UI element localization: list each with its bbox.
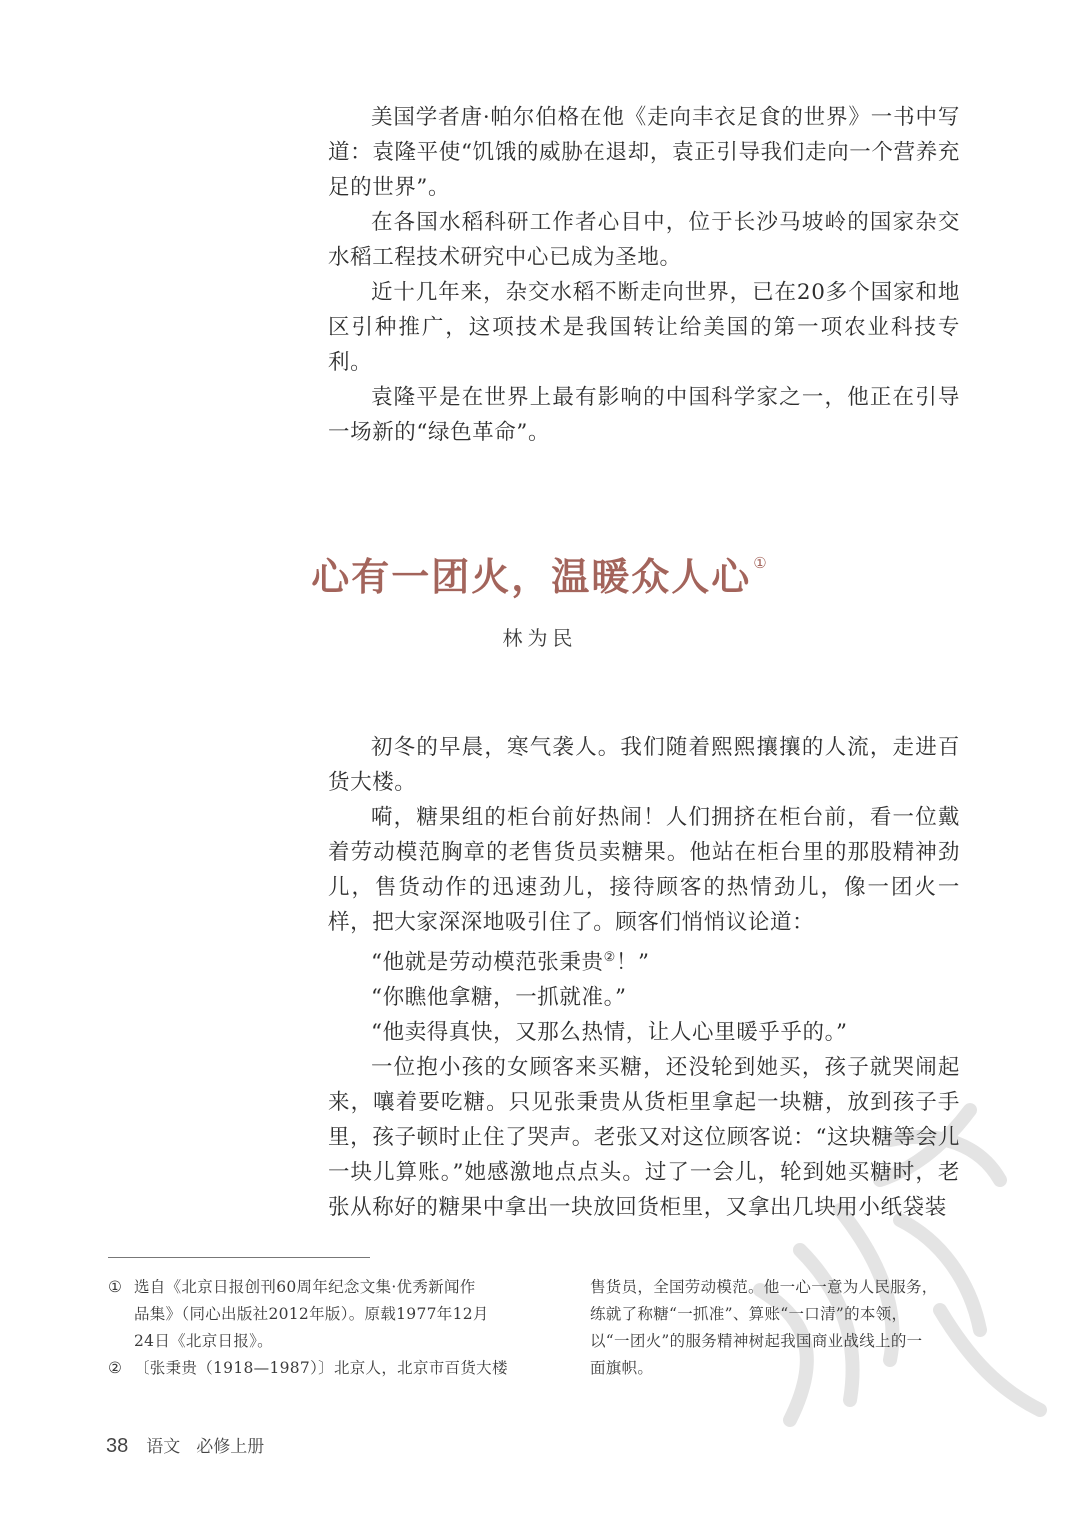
footnotes-left: ①选自《北京日报创刊60周年纪念文集·优秀新闻作 品集》（同心出版社2012年版…	[108, 1274, 528, 1382]
quote-line: “你瞧他拿糖，一抓就准。”	[328, 980, 960, 1015]
paragraph: 袁隆平是在世界上最有影响的中国科学家之一，他正在引导一场新的“绿色革命”。	[328, 380, 960, 450]
paragraph: 初冬的早晨，寒气袭人。我们随着熙熙攘攘的人流，走进百货大楼。	[328, 730, 960, 800]
page-footer: 38语文必修上册	[106, 1432, 264, 1458]
footnote-mark: ①	[753, 554, 768, 572]
paragraph: 近十几年来，杂交水稻不断走向世界，已在20多个国家和地区引种推广，这项技术是我国…	[328, 275, 960, 380]
article-title-text: 心有一团火，温暖众人心	[311, 554, 751, 599]
footnote-mark: ②	[604, 950, 616, 965]
quote-line: “他就是劳动模范张秉贵②！”	[328, 940, 960, 980]
footnotes-right: 售货员，全国劳动模范。他一心一意为人民服务， 练就了称糖“一抓准”、算账“一口清…	[590, 1274, 970, 1382]
paragraph: 一位抱小孩的女顾客来买糖，还没轮到她买，孩子就哭闹起来，嚷着要吃糖。只见张秉贵从…	[328, 1050, 960, 1225]
paragraph: 嗬，糖果组的柜台前好热闹！人们拥挤在柜台前，看一位戴着劳动模范胸章的老售货员卖糖…	[328, 800, 960, 940]
book-volume: 必修上册	[196, 1437, 264, 1457]
article-title: 心有一团火，温暖众人心①	[0, 546, 1080, 601]
quote-line: “他卖得真快，又那么热情，让人心里暖乎乎的。”	[328, 1015, 960, 1050]
article-author: 林为民	[0, 622, 1080, 651]
section-continued-text: 美国学者唐·帕尔伯格在他《走向丰衣足食的世界》一书中写道：袁隆平使“饥饿的威胁在…	[328, 100, 960, 450]
book-subject: 语文	[146, 1437, 180, 1457]
footnote-2: ②〔张秉贵（1918—1987）〕北京人，北京市百货大楼	[108, 1355, 528, 1382]
page-number: 38	[106, 1435, 128, 1457]
article-body: 初冬的早晨，寒气袭人。我们随着熙熙攘攘的人流，走进百货大楼。 嗬，糖果组的柜台前…	[328, 730, 960, 1225]
paragraph: 在各国水稻科研工作者心目中，位于长沙马坡岭的国家杂交水稻工程技术研究中心已成为圣…	[328, 205, 960, 275]
footnote-divider	[108, 1257, 370, 1258]
paragraph: 美国学者唐·帕尔伯格在他《走向丰衣足食的世界》一书中写道：袁隆平使“饥饿的威胁在…	[328, 100, 960, 205]
footnote-1: ①选自《北京日报创刊60周年纪念文集·优秀新闻作 品集》（同心出版社2012年版…	[108, 1274, 528, 1355]
